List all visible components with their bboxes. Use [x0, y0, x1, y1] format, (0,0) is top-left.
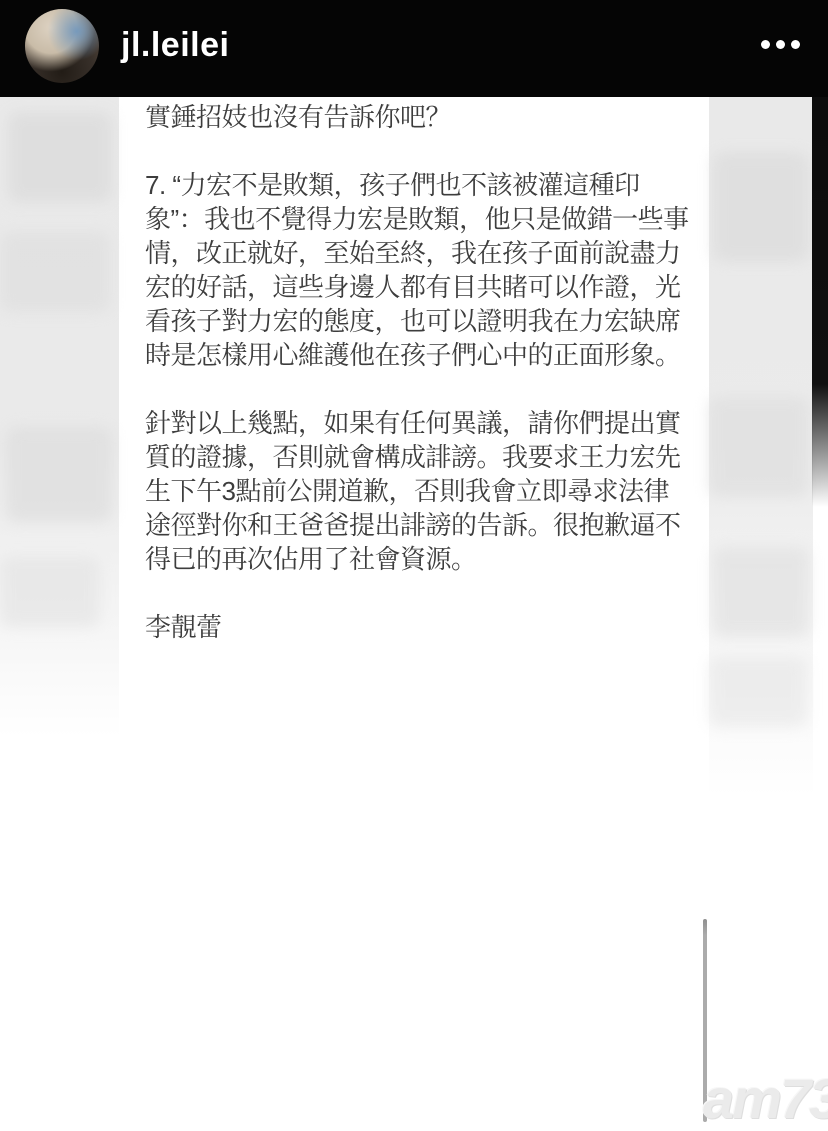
- dot: [791, 40, 800, 49]
- post-text-line: 針對以上幾點，如果有任何異議，請你們提出實: [145, 406, 720, 440]
- post-text-line: 時是怎樣用心維護他在孩子們心中的正面形象。: [145, 338, 720, 372]
- post-text-line: 看孩子對力宏的態度，也可以證明我在力宏缺席: [145, 304, 720, 338]
- blur-smudge: [709, 657, 807, 727]
- story-header: jl.leilei: [0, 0, 828, 97]
- post-text-line: 途徑對你和王爸爸提出誹謗的告訴。很抱歉逼不: [145, 508, 720, 542]
- blurred-right-margin: [709, 97, 813, 797]
- post-text-line: 質的證據，否則就會構成誹謗。我要求王力宏先: [145, 440, 720, 474]
- post-text-line: 實錘招妓也沒有告訴你吧？: [145, 100, 720, 134]
- blur-smudge: [713, 547, 809, 637]
- dot: [761, 40, 770, 49]
- post-text-line: 象”：我也不覺得力宏是敗類，他只是做錯一些事: [145, 202, 720, 236]
- post-text-line: 宏的好話，這些身邊人都有目共睹可以作證，光: [145, 270, 720, 304]
- dot: [776, 40, 785, 49]
- signature-line: 李靚蕾: [145, 610, 720, 644]
- blurred-left-margin: [0, 97, 119, 737]
- blur-smudge: [709, 397, 809, 497]
- blur-smudge: [8, 112, 112, 202]
- post-text-line: 生下午3點前公開道歉，否則我會立即尋求法律: [145, 474, 720, 508]
- more-options-icon[interactable]: [761, 40, 800, 49]
- story-screen: jl.leilei 實錘招妓也沒有告訴你吧？ 7. “力宏不是敗類，孩子們也不該…: [0, 0, 828, 1131]
- am730-watermark: am730: [703, 1066, 828, 1131]
- post-text-line: 情，改正就好，至始至終，我在孩子面前說盡力: [145, 236, 720, 270]
- photo-dark-edge: [812, 97, 828, 507]
- blur-smudge: [0, 232, 110, 312]
- post-text-line: 得已的再次佔用了社會資源。: [145, 542, 720, 576]
- statement-text: 實錘招妓也沒有告訴你吧？ 7. “力宏不是敗類，孩子們也不該被灌這種印 象”：我…: [145, 100, 720, 644]
- blur-smudge: [6, 427, 112, 522]
- post-text-line: 7. “力宏不是敗類，孩子們也不該被灌這種印: [145, 168, 720, 202]
- blur-smudge: [0, 557, 100, 627]
- avatar[interactable]: [25, 9, 99, 83]
- blur-smudge: [713, 152, 809, 262]
- username[interactable]: jl.leilei: [121, 26, 229, 65]
